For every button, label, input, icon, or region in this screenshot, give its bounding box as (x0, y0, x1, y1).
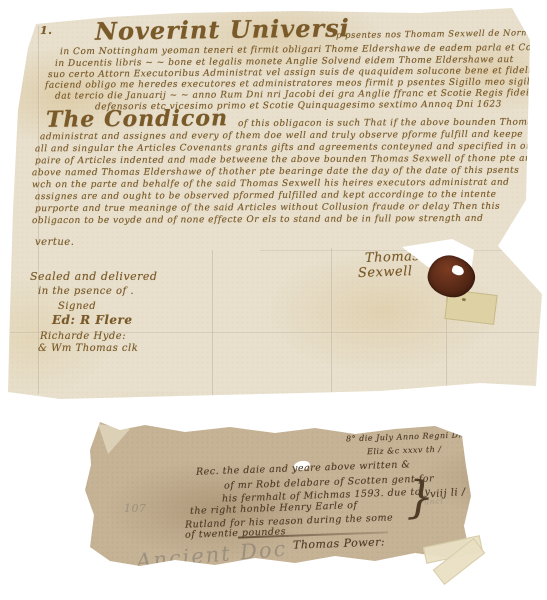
condition-line: paire of Articles indented and made betw… (35, 154, 547, 167)
condition-line: all and singular the Articles Covenants … (35, 142, 538, 155)
fold-crease-vertical (212, 250, 214, 396)
witness-line: in the psence of . (38, 286, 134, 297)
condition-line: assignes are and ought to be observed pf… (35, 190, 497, 202)
receipt-date-line: 8° die July Anno Regni Dne nre (346, 430, 488, 444)
bond-heading: Noverint Universi (95, 13, 350, 46)
condition-line: of this obligacon is such That if the ab… (238, 117, 547, 129)
witness-signature: Ed: R Flere (52, 313, 132, 327)
condition-line: obligacon to be voyde and of none effect… (32, 214, 483, 226)
condition-heading: The Condicon (46, 105, 228, 133)
condition-line: wch on the parte and behalfe of the said… (32, 178, 509, 190)
obligor-signature-surname: Sexwell (358, 264, 413, 281)
pencil-annotation-ancient-doc: Ancient Doc (135, 536, 288, 573)
photo-of-manuscripts: 1. Noverint Universi p psentes nos Thoma… (0, 0, 547, 600)
receipt-regnal-year: Eliz &c xxxv th / (367, 445, 442, 457)
condition-line: above named Thomas Eldershawe of thother… (32, 166, 519, 179)
fold-crease-vertical (331, 248, 333, 394)
bond-heading-continuation: p psentes nos Thomam Sexwell de Normanto… (336, 27, 547, 41)
pencil-number: 107 (124, 502, 147, 515)
witness-line: Signed (58, 301, 96, 312)
archival-corner-mark: 1. (40, 24, 52, 37)
faint-pencil-note: uncl (424, 496, 444, 506)
witness-signature: & Wm Thomas clk (38, 343, 138, 354)
condition-line: purporte and true meaninge of the said A… (35, 202, 500, 214)
seal-tag-mark (462, 298, 466, 301)
condition-line: vertue. (35, 237, 74, 248)
condition-line: administrat and assignes and every of th… (40, 130, 523, 143)
witness-signature: Richarde Hyde: (40, 331, 126, 342)
receipt-signature: Thomas Power: (293, 535, 386, 551)
witness-line: Sealed and delivered (30, 270, 157, 283)
